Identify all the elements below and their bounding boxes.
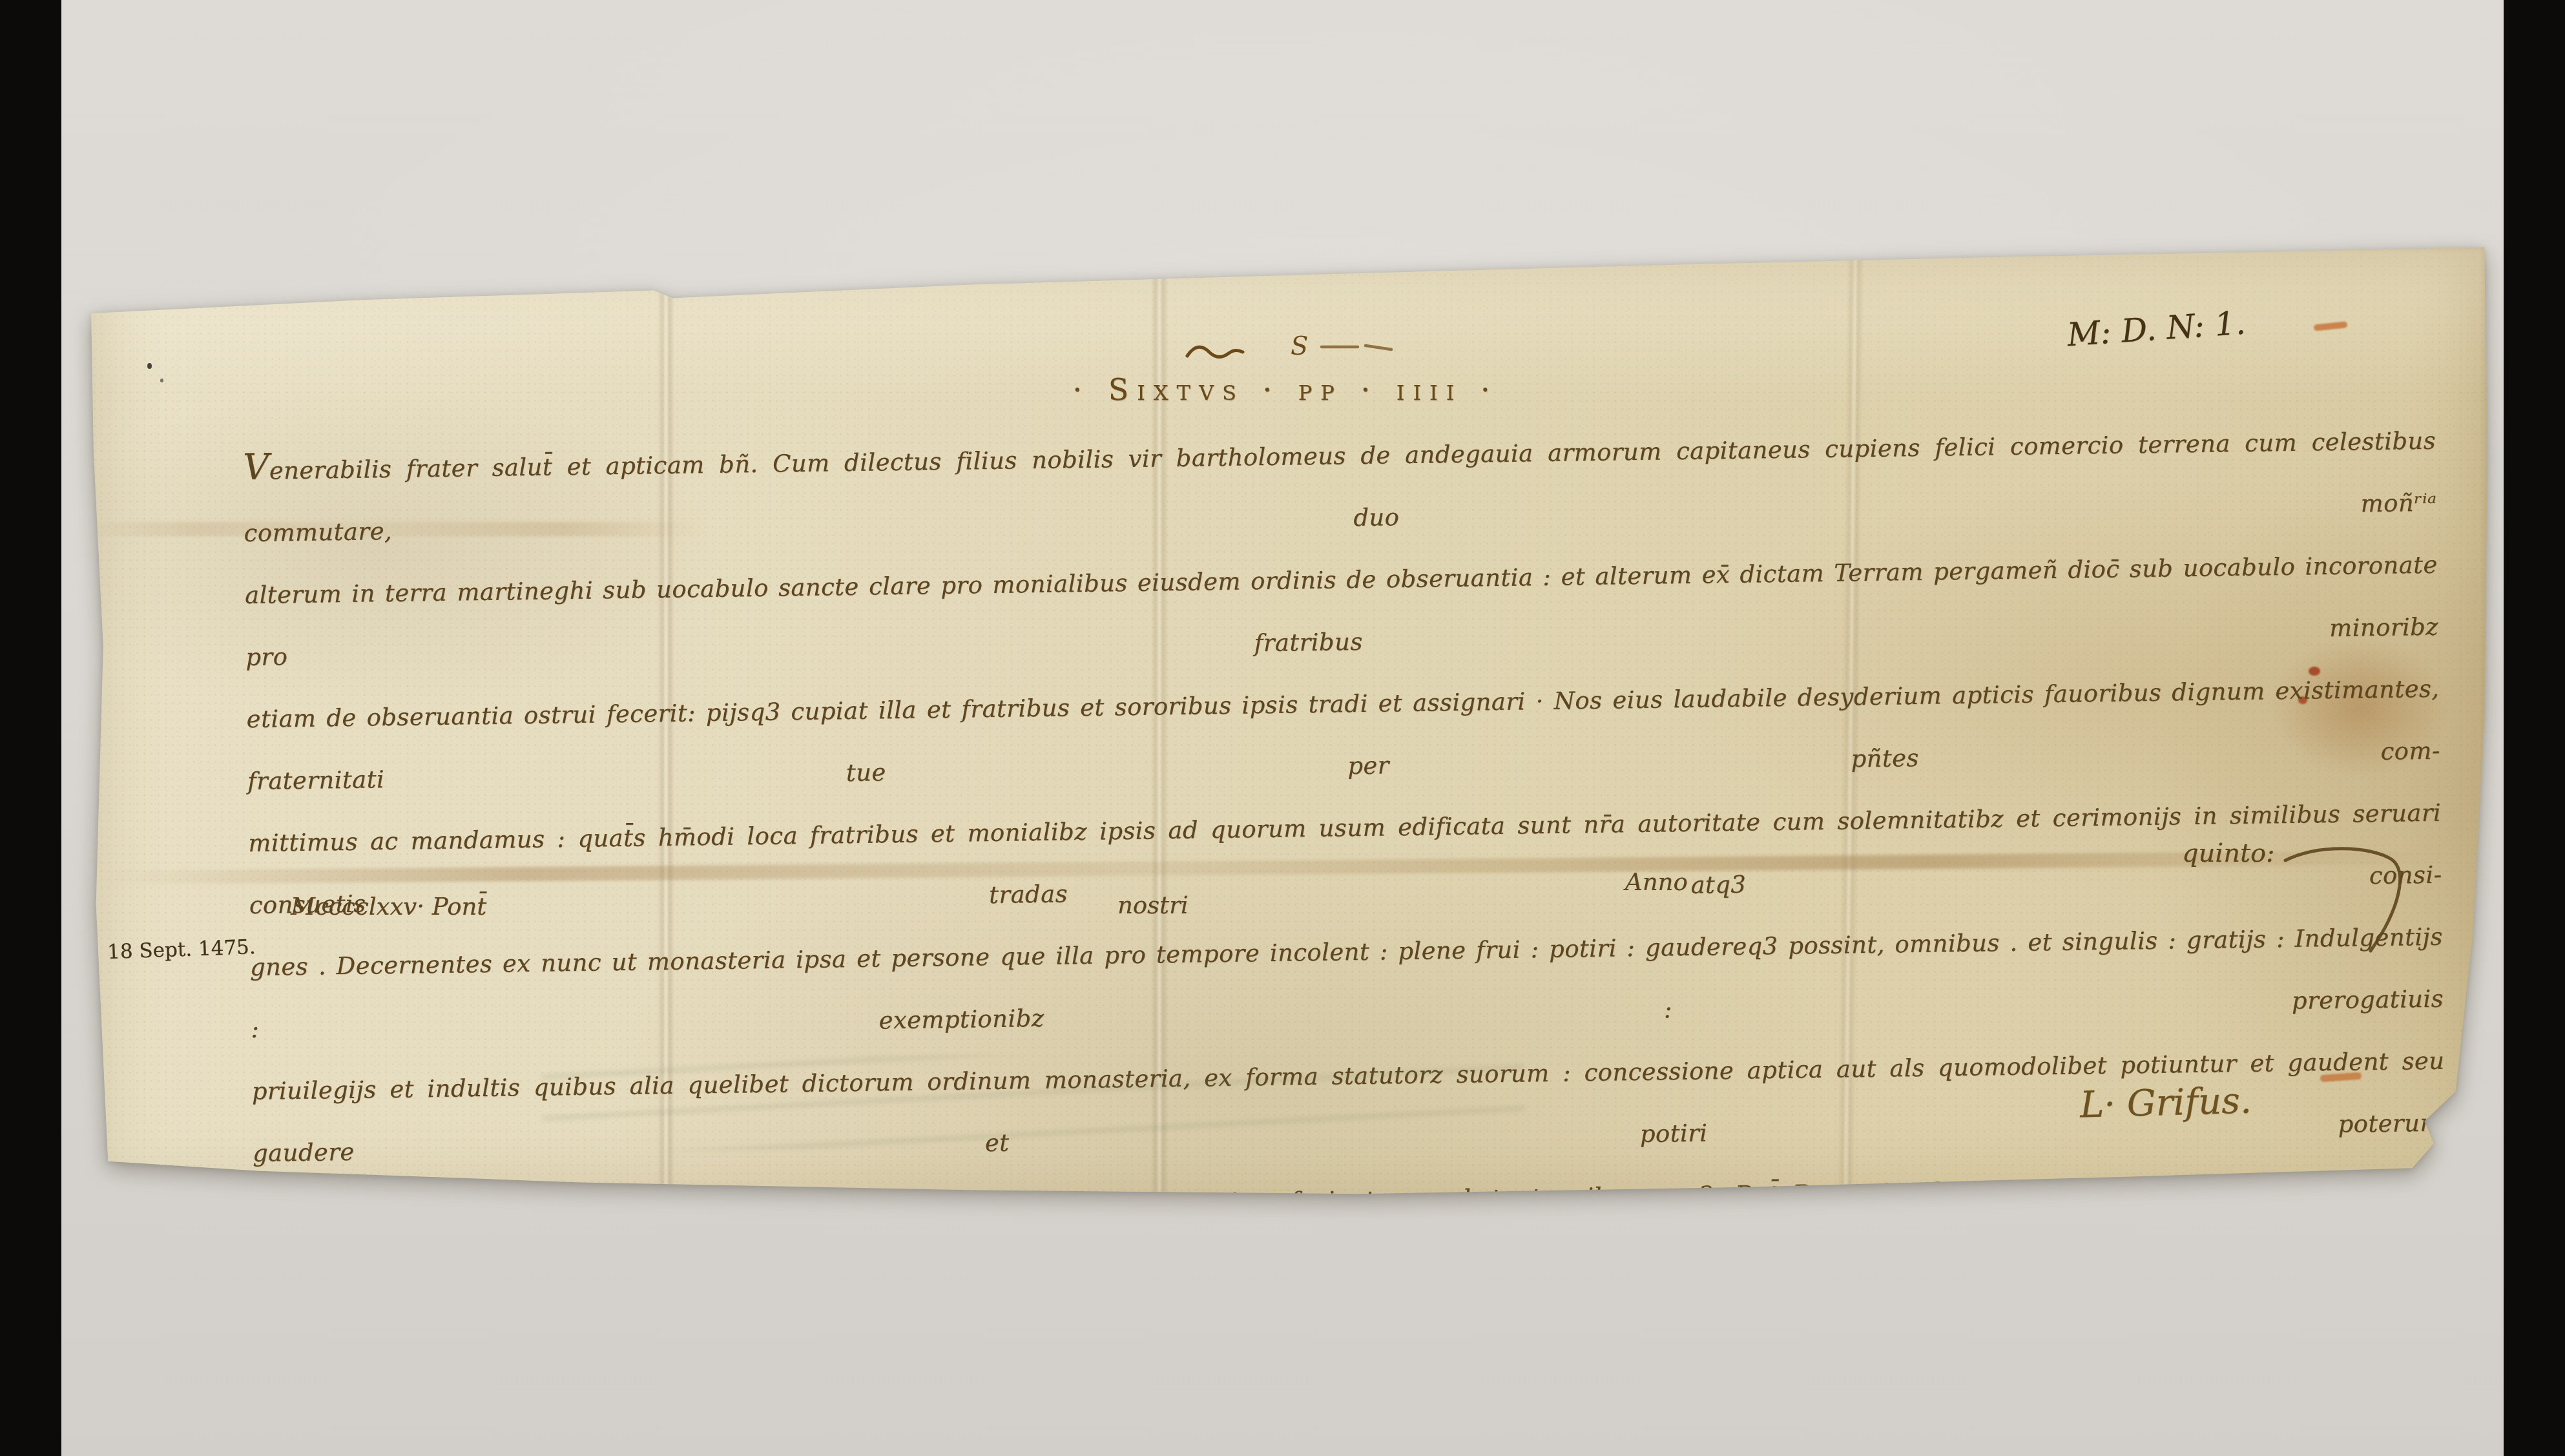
photograph-of-papal-brief: S · Sixtvs · pp · iiii · M: D. N: 1. Ven…: [0, 0, 2565, 1456]
parchment-document: S · Sixtvs · pp · iiii · M: D. N: 1. Ven…: [84, 245, 2487, 1201]
parchment-edge-shading: [84, 245, 2487, 1201]
left-black-border: [0, 0, 61, 1456]
parchment-sheet: S · Sixtvs · pp · iiii · M: D. N: 1. Ven…: [84, 245, 2487, 1201]
right-black-border: [2504, 0, 2565, 1456]
